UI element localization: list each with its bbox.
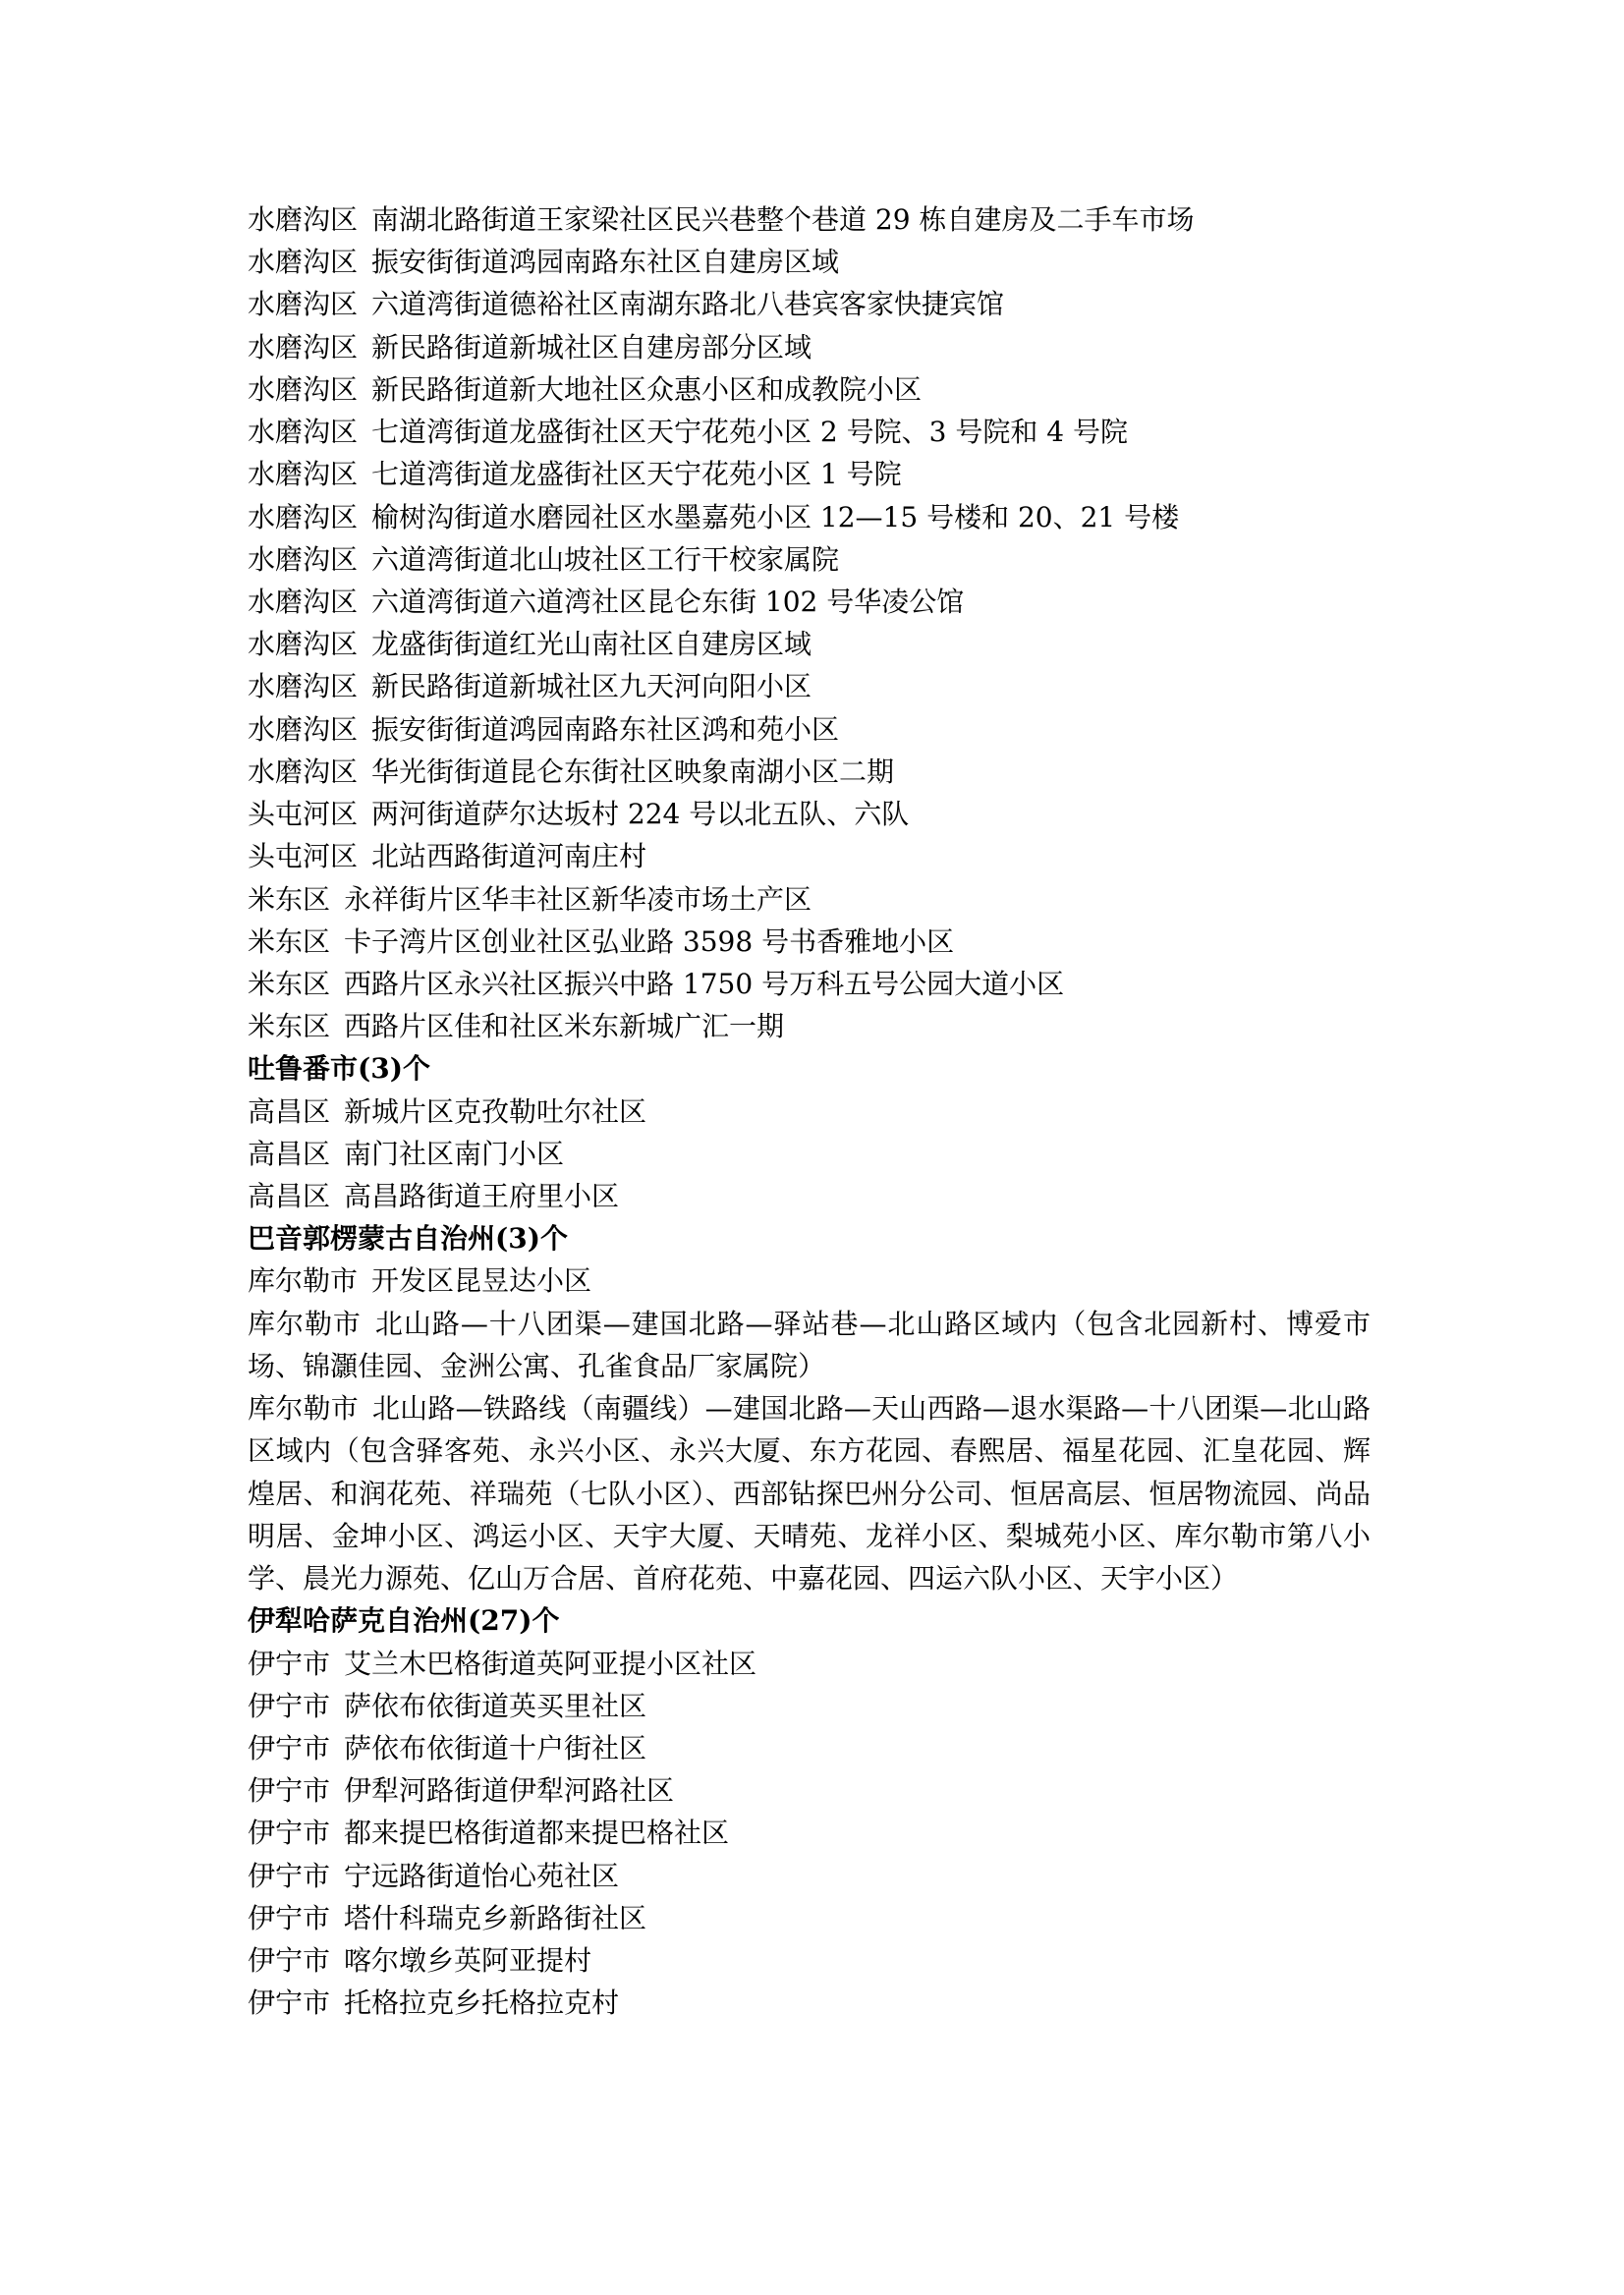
section-heading: 伊犁哈萨克自治州(27)个 <box>248 1599 1371 1642</box>
district: 水磨沟区 <box>248 288 358 320</box>
list-item: 水磨沟区七道湾街道龙盛街社区天宁花苑小区 2 号院、3 号院和 4 号院 <box>248 411 1371 453</box>
location: 龙盛街街道红光山南社区自建房区域 <box>371 628 812 660</box>
list-item: 库尔勒市开发区昆昱达小区 <box>248 1259 1371 1302</box>
location: 振安街街道鸿园南路东社区自建房区域 <box>371 246 839 278</box>
list-item: 水磨沟区六道湾街道德裕社区南湖东路北八巷宾客家快捷宾馆 <box>248 283 1371 325</box>
list-item: 伊宁市宁远路街道怡心苑社区 <box>248 1855 1371 1897</box>
list-item: 库尔勒市北山路—十八团渠—建国北路—驿站巷—北山路区域内（包含北园新村、博爱市场… <box>248 1303 1371 1387</box>
district: 库尔勒市 <box>248 1392 359 1425</box>
location: 新民路街道新城社区自建房部分区域 <box>371 331 812 364</box>
section-urumqi: 水磨沟区南湖北路街道王家梁社区民兴巷整个巷道 29 栋自建房及二手车市场 水磨沟… <box>248 198 1371 1047</box>
district: 水磨沟区 <box>248 713 358 746</box>
list-item: 库尔勒市北山路—铁路线（南疆线）—建国北路—天山西路—退水渠路—十八团渠—北山路… <box>248 1387 1371 1599</box>
section-heading: 巴音郭楞蒙古自治州(3)个 <box>248 1217 1371 1259</box>
location: 西路片区佳和社区米东新城广汇一期 <box>344 1010 784 1042</box>
location: 卡子湾片区创业社区弘业路 3598 号书香雅地小区 <box>344 925 954 958</box>
district: 伊宁市 <box>248 1987 330 2019</box>
district: 高昌区 <box>248 1180 330 1212</box>
list-item: 水磨沟区振安街街道鸿园南路东社区自建房区域 <box>248 241 1371 283</box>
district: 伊宁市 <box>248 1817 330 1849</box>
location: 榆树沟街道水磨园社区水墨嘉苑小区 12—15 号楼和 20、21 号楼 <box>371 501 1179 533</box>
location: 宁远路街道怡心苑社区 <box>344 1860 619 1892</box>
district: 米东区 <box>248 968 330 1000</box>
location: 萨依布依街道英买里社区 <box>344 1690 646 1722</box>
list-item: 伊宁市萨依布依街道英买里社区 <box>248 1685 1371 1727</box>
list-item: 米东区永祥街片区华丰社区新华凌市场土产区 <box>248 878 1371 921</box>
list-item: 水磨沟区龙盛街街道红光山南社区自建房区域 <box>248 623 1371 665</box>
district: 米东区 <box>248 1010 330 1042</box>
location: 六道湾街道北山坡社区工行干校家属院 <box>371 543 839 576</box>
district: 水磨沟区 <box>248 331 358 364</box>
list-item: 伊宁市都来提巴格街道都来提巴格社区 <box>248 1812 1371 1854</box>
location: 新民路街道新城社区九天河向阳小区 <box>371 670 812 702</box>
district: 伊宁市 <box>248 1860 330 1892</box>
list-item: 伊宁市塔什科瑞克乡新路街社区 <box>248 1897 1371 1939</box>
list-item: 伊宁市萨依布依街道十户街社区 <box>248 1727 1371 1769</box>
list-item: 水磨沟区六道湾街道北山坡社区工行干校家属院 <box>248 538 1371 581</box>
list-item: 米东区西路片区永兴社区振兴中路 1750 号万科五号公园大道小区 <box>248 963 1371 1005</box>
location: 七道湾街道龙盛街社区天宁花苑小区 1 号院 <box>371 458 902 490</box>
document-page: 水磨沟区南湖北路街道王家梁社区民兴巷整个巷道 29 栋自建房及二手车市场 水磨沟… <box>248 198 1371 2025</box>
district: 水磨沟区 <box>248 373 358 406</box>
list-item: 水磨沟区新民路街道新城社区九天河向阳小区 <box>248 665 1371 707</box>
district: 头屯河区 <box>248 840 358 872</box>
location: 两河街道萨尔达坂村 224 号以北五队、六队 <box>371 798 909 830</box>
list-item: 水磨沟区南湖北路街道王家梁社区民兴巷整个巷道 29 栋自建房及二手车市场 <box>248 198 1371 241</box>
location: 北站西路街道河南庄村 <box>371 840 646 872</box>
district: 水磨沟区 <box>248 203 358 236</box>
list-item: 伊宁市艾兰木巴格街道英阿亚提小区社区 <box>248 1643 1371 1685</box>
location: 南门社区南门小区 <box>344 1138 564 1170</box>
district: 水磨沟区 <box>248 628 358 660</box>
list-item: 水磨沟区新民路街道新大地社区众惠小区和成教院小区 <box>248 368 1371 411</box>
location: 南湖北路街道王家梁社区民兴巷整个巷道 29 栋自建房及二手车市场 <box>371 203 1194 236</box>
district: 水磨沟区 <box>248 501 358 533</box>
district: 高昌区 <box>248 1095 330 1128</box>
location: 新民路街道新大地社区众惠小区和成教院小区 <box>371 373 922 406</box>
district: 伊宁市 <box>248 1732 330 1764</box>
district: 伊宁市 <box>248 1774 330 1807</box>
location: 永祥街片区华丰社区新华凌市场土产区 <box>344 883 812 916</box>
district: 伊宁市 <box>248 1902 330 1934</box>
location: 北山路—十八团渠—建国北路—驿站巷—北山路区域内（包含北园新村、博爱市场、锦灝佳… <box>248 1308 1371 1382</box>
district: 水磨沟区 <box>248 543 358 576</box>
section-turpan: 吐鲁番市(3)个 高昌区新城片区克孜勒吐尔社区 高昌区南门社区南门小区 高昌区高… <box>248 1047 1371 1217</box>
location: 伊犁河路街道伊犁河路社区 <box>344 1774 674 1807</box>
list-item: 水磨沟区六道湾街道六道湾社区昆仑东街 102 号华凌公馆 <box>248 581 1371 623</box>
list-item: 高昌区南门社区南门小区 <box>248 1133 1371 1175</box>
district: 库尔勒市 <box>248 1264 358 1297</box>
location: 托格拉克乡托格拉克村 <box>344 1987 619 2019</box>
location: 振安街街道鸿园南路东社区鸿和苑小区 <box>371 713 839 746</box>
list-item: 水磨沟区榆树沟街道水磨园社区水墨嘉苑小区 12—15 号楼和 20、21 号楼 <box>248 496 1371 538</box>
location: 都来提巴格街道都来提巴格社区 <box>344 1817 729 1849</box>
district: 水磨沟区 <box>248 246 358 278</box>
location: 喀尔墩乡英阿亚提村 <box>344 1944 591 1977</box>
district: 伊宁市 <box>248 1944 330 1977</box>
list-item: 伊宁市喀尔墩乡英阿亚提村 <box>248 1939 1371 1982</box>
list-item: 米东区西路片区佳和社区米东新城广汇一期 <box>248 1005 1371 1047</box>
location: 塔什科瑞克乡新路街社区 <box>344 1902 646 1934</box>
list-item: 高昌区高昌路街道王府里小区 <box>248 1175 1371 1217</box>
location: 艾兰木巴格街道英阿亚提小区社区 <box>344 1648 756 1680</box>
district: 伊宁市 <box>248 1648 330 1680</box>
list-item: 伊宁市托格拉克乡托格拉克村 <box>248 1982 1371 2024</box>
section-bayingolin: 巴音郭楞蒙古自治州(3)个 库尔勒市开发区昆昱达小区 库尔勒市北山路—十八团渠—… <box>248 1217 1371 1599</box>
district: 水磨沟区 <box>248 586 358 618</box>
district: 水磨沟区 <box>248 416 358 448</box>
location: 六道湾街道德裕社区南湖东路北八巷宾客家快捷宾馆 <box>371 288 1004 320</box>
list-item: 头屯河区两河街道萨尔达坂村 224 号以北五队、六队 <box>248 793 1371 835</box>
district: 水磨沟区 <box>248 458 358 490</box>
list-item: 水磨沟区新民路街道新城社区自建房部分区域 <box>248 326 1371 368</box>
section-ili: 伊犁哈萨克自治州(27)个 伊宁市艾兰木巴格街道英阿亚提小区社区 伊宁市萨依布依… <box>248 1599 1371 2024</box>
location: 北山路—铁路线（南疆线）—建国北路—天山西路—退水渠路—十八团渠—北山路区域内（… <box>248 1392 1371 1595</box>
section-heading: 吐鲁番市(3)个 <box>248 1047 1371 1090</box>
location: 新城片区克孜勒吐尔社区 <box>344 1095 646 1128</box>
district: 头屯河区 <box>248 798 358 830</box>
location: 七道湾街道龙盛街社区天宁花苑小区 2 号院、3 号院和 4 号院 <box>371 416 1128 448</box>
location: 开发区昆昱达小区 <box>371 1264 591 1297</box>
list-item: 水磨沟区七道湾街道龙盛街社区天宁花苑小区 1 号院 <box>248 453 1371 495</box>
list-item: 水磨沟区振安街街道鸿园南路东社区鸿和苑小区 <box>248 708 1371 751</box>
location: 西路片区永兴社区振兴中路 1750 号万科五号公园大道小区 <box>344 968 1064 1000</box>
list-item: 高昌区新城片区克孜勒吐尔社区 <box>248 1091 1371 1133</box>
location: 华光街街道昆仑东街社区映象南湖小区二期 <box>371 756 894 788</box>
location: 六道湾街道六道湾社区昆仑东街 102 号华凌公馆 <box>371 586 964 618</box>
location: 高昌路街道王府里小区 <box>344 1180 619 1212</box>
location: 萨依布依街道十户街社区 <box>344 1732 646 1764</box>
district: 米东区 <box>248 925 330 958</box>
district: 伊宁市 <box>248 1690 330 1722</box>
list-item: 伊宁市伊犁河路街道伊犁河路社区 <box>248 1769 1371 1812</box>
district: 水磨沟区 <box>248 756 358 788</box>
district: 库尔勒市 <box>248 1308 362 1340</box>
district: 高昌区 <box>248 1138 330 1170</box>
district: 水磨沟区 <box>248 670 358 702</box>
list-item: 米东区卡子湾片区创业社区弘业路 3598 号书香雅地小区 <box>248 921 1371 963</box>
list-item: 水磨沟区华光街街道昆仑东街社区映象南湖小区二期 <box>248 751 1371 793</box>
list-item: 头屯河区北站西路街道河南庄村 <box>248 835 1371 877</box>
district: 米东区 <box>248 883 330 916</box>
